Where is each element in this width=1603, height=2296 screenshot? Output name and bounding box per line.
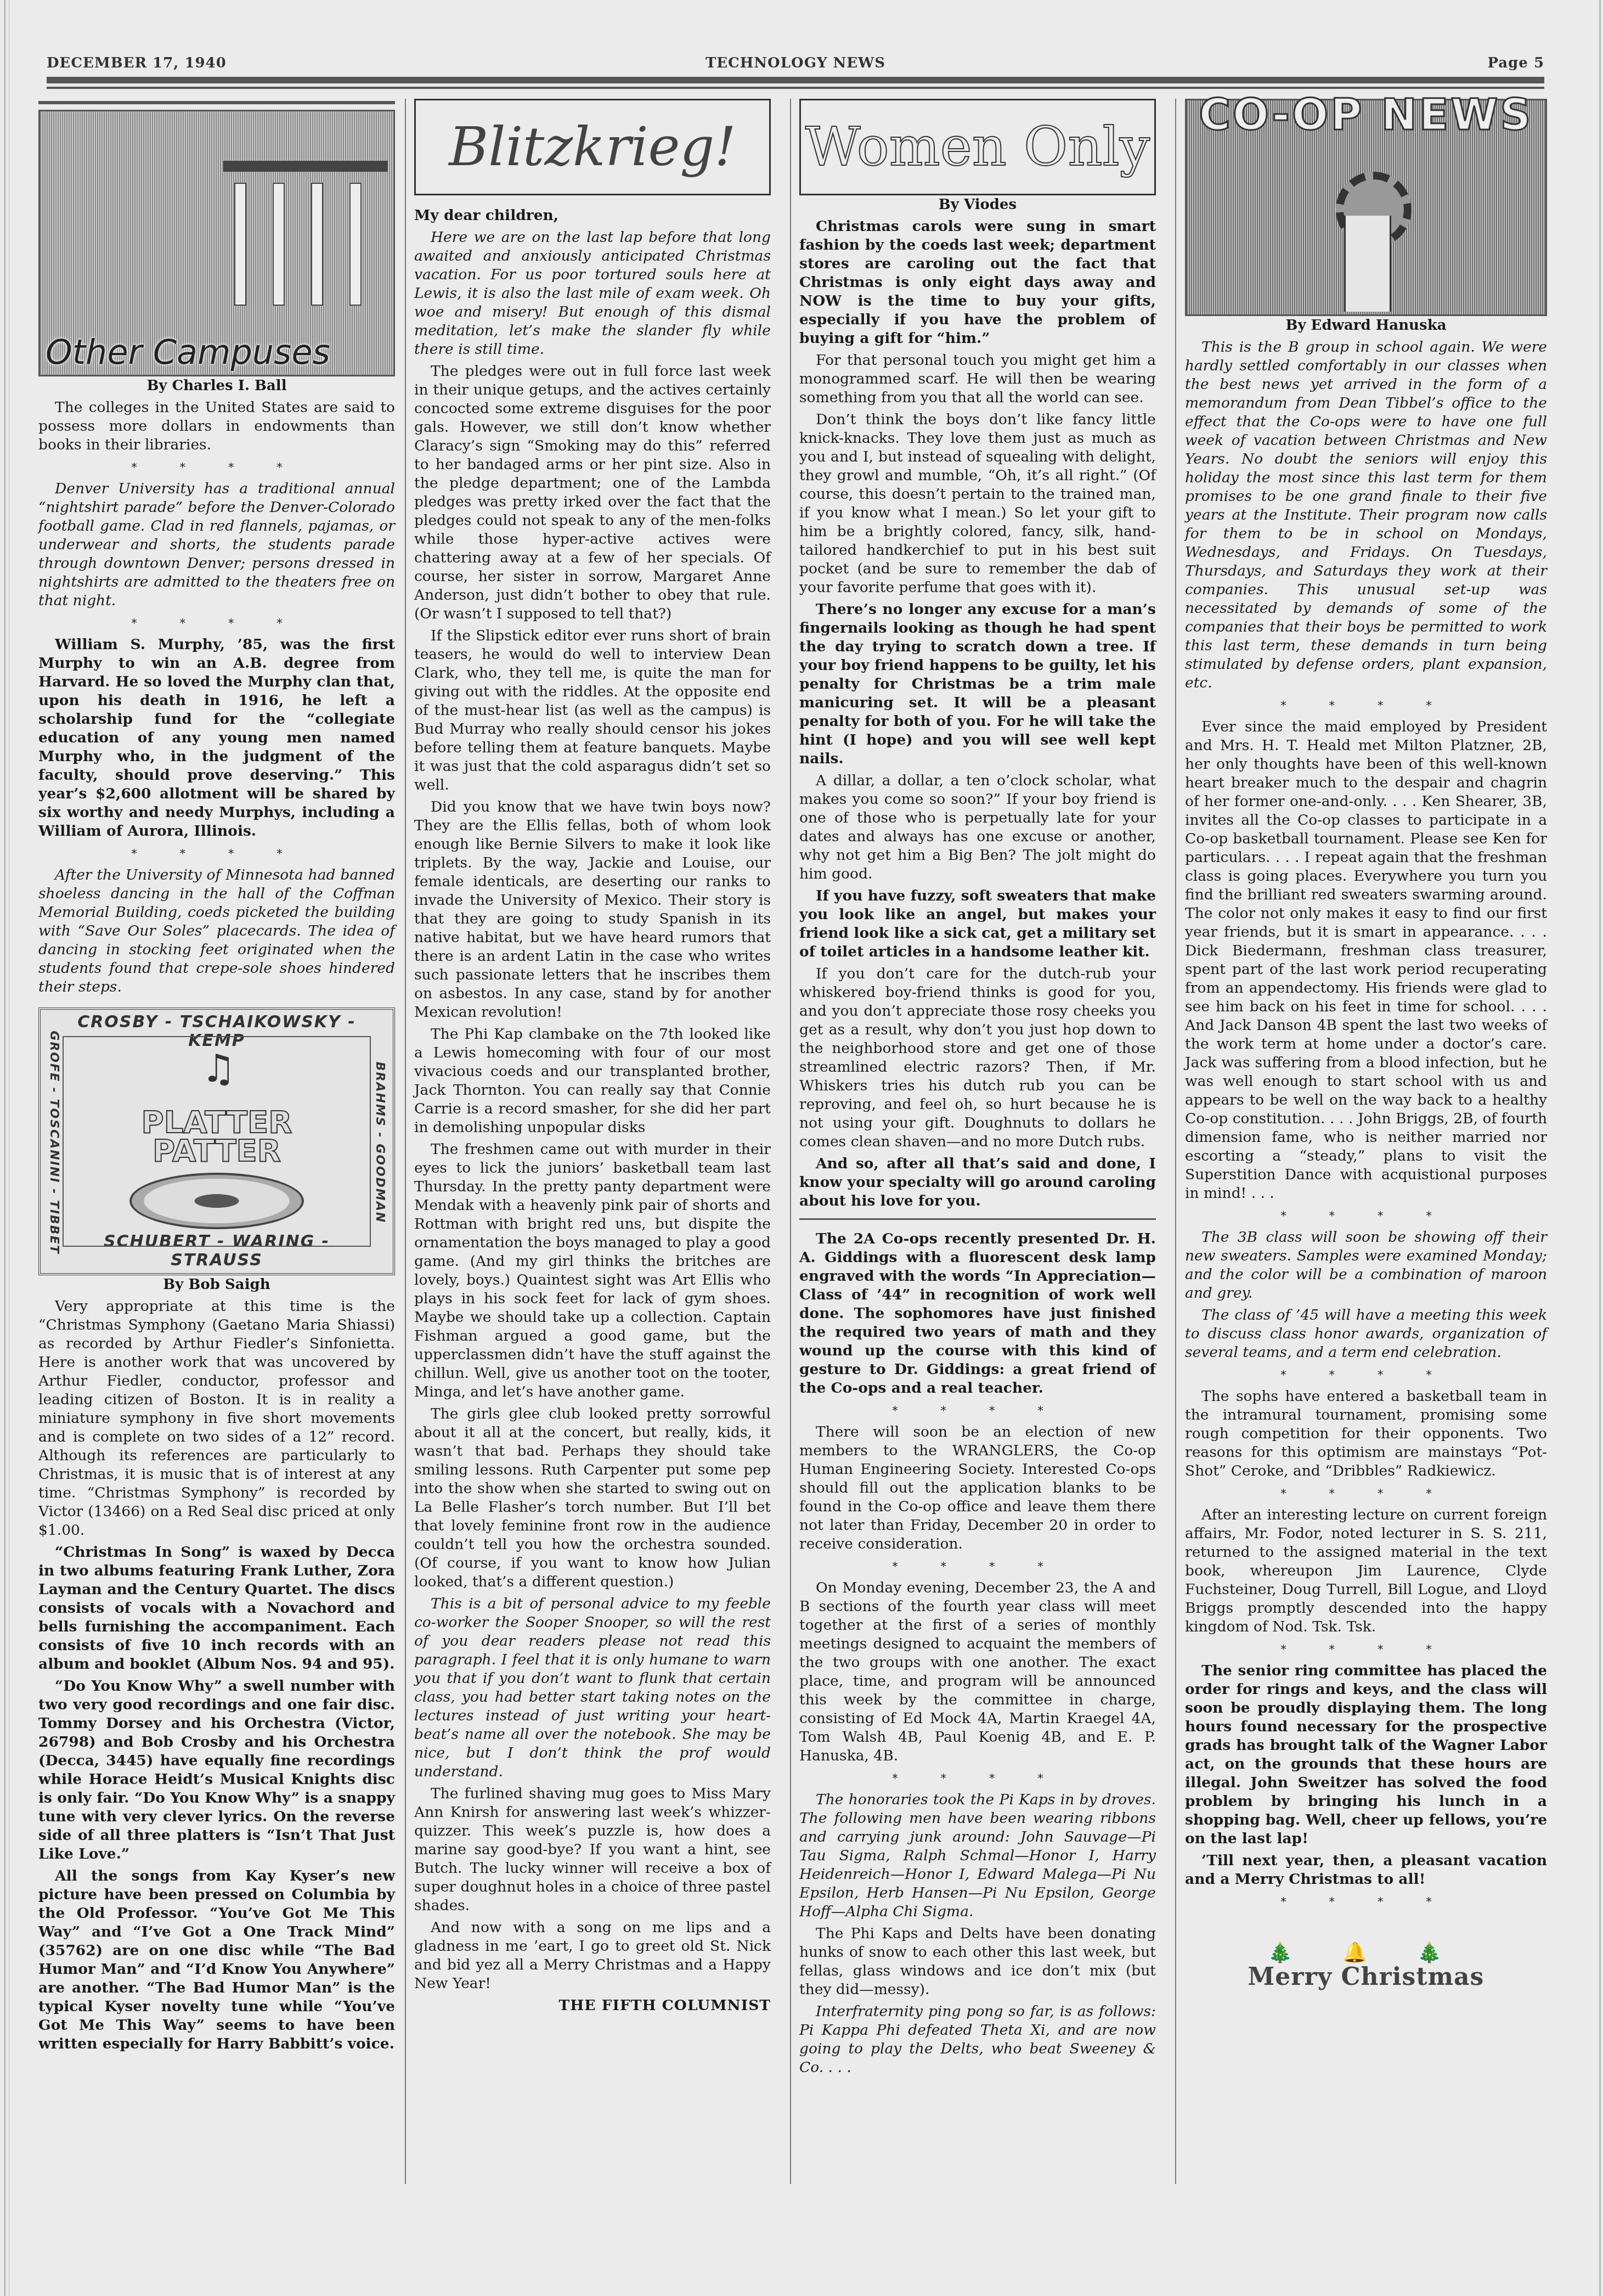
paragraph: After the University of Minnesota had ba… xyxy=(38,866,395,997)
column-divider xyxy=(790,99,791,2184)
campus-building-icon xyxy=(223,161,388,309)
paragraph: Christmas carols were sung in smart fash… xyxy=(799,217,1156,348)
paragraph: Denver University has a traditional annu… xyxy=(38,480,395,610)
paragraph: Interfraternity ping pong so far, is as … xyxy=(799,2002,1156,2077)
paragraph: The Phi Kaps and Delts have been donatin… xyxy=(799,1924,1156,1999)
paragraph: All the songs from Kay Kyser’s new pictu… xyxy=(38,1867,395,2053)
byline: By Edward Hanuska xyxy=(1185,316,1547,335)
section-separator: * * * * xyxy=(799,1769,1156,1787)
paragraph: On Monday evening, December 23, the A an… xyxy=(799,1579,1156,1765)
salutation: My dear children, xyxy=(414,206,771,225)
paragraph: If you don’t care for the dutch-rub your… xyxy=(799,965,1156,1151)
paragraph: A dillar, a dollar, a ten o’clock schola… xyxy=(799,772,1156,883)
byline: By Bob Saigh xyxy=(38,1275,395,1294)
paragraph: If the Slipstick editor ever runs short … xyxy=(414,627,771,795)
paper-name: TECHNOLOGY NEWS xyxy=(47,55,1544,71)
masthead-rule-thin xyxy=(47,87,1544,89)
paragraph: Don’t think the boys don’t like fancy li… xyxy=(799,410,1156,597)
paragraph: There’s no longer any excuse for a man’s… xyxy=(799,600,1156,768)
artists-right: BRAHMS - GOODMAN xyxy=(370,1022,389,1263)
music-note-icon: ♫ xyxy=(201,1059,236,1078)
paragraph: “Do You Know Why” a swell number with tw… xyxy=(38,1677,395,1864)
section-title: Blitzkrieg! xyxy=(449,138,736,156)
column-other-campuses: Other Campuses By Charles I. Ball The co… xyxy=(38,99,395,2057)
paragraph: And now with a song on me lips and a gla… xyxy=(414,1918,771,1993)
tree-trunk-graphic xyxy=(1344,216,1391,312)
paragraph: For that personal touch you might get hi… xyxy=(799,351,1156,407)
section-title: CO-OP NEWS xyxy=(1192,106,1540,125)
paragraph: The furlined shaving mug goes to Miss Ma… xyxy=(414,1785,771,1915)
column-divider xyxy=(1175,99,1176,2184)
co-op-news-illustration: CO-OP NEWS xyxy=(1185,99,1547,316)
section-title: Women Only xyxy=(805,138,1150,156)
column-divider xyxy=(405,99,406,2184)
signature: THE FIFTH COLUMNIST xyxy=(414,1996,771,2015)
section-separator: * * * * xyxy=(38,614,395,632)
section-separator: * * * * xyxy=(38,844,395,863)
paragraph: The 3B class will soon be showing off th… xyxy=(1185,1228,1547,1303)
section-separator: * * * * xyxy=(1185,1365,1547,1384)
paragraph: There will soon be an election of new me… xyxy=(799,1423,1156,1554)
blitzkrieg-title-box: Blitzkrieg! xyxy=(414,99,771,195)
platter-title-line2: PATTER xyxy=(64,1137,370,1166)
column-women-only: Women Only By Viodes Christmas carols we… xyxy=(799,99,1156,2080)
women-only-title-box: Women Only xyxy=(799,99,1156,195)
paragraph: William S. Murphy, ’85, was the first Mu… xyxy=(38,635,395,841)
paragraph: After an interesting lecture on current … xyxy=(1185,1506,1547,1636)
paragraph: “Christmas In Song” is waxed by Decca in… xyxy=(38,1543,395,1674)
section-separator: * * * * xyxy=(1185,1206,1547,1225)
paragraph: Did you know that we have twin boys now?… xyxy=(414,798,771,1022)
masthead-rule xyxy=(47,77,1544,83)
column-blitzkrieg: Blitzkrieg! My dear children, Here we ar… xyxy=(414,99,771,2018)
paragraph: The 2A Co-ops recently presented Dr. H. … xyxy=(799,1230,1156,1398)
paragraph: If you have fuzzy, soft sweaters that ma… xyxy=(799,887,1156,961)
platter-frame: ♫ PLATTER PATTER xyxy=(63,1036,371,1247)
paragraph: The colleges in the United States are sa… xyxy=(38,398,395,454)
christmas-tree-bell-icons: 🎄 🔔 🎄 xyxy=(1185,1944,1547,1962)
paragraph: This is a bit of personal advice to my f… xyxy=(414,1595,771,1781)
section-divider xyxy=(799,1218,1156,1220)
paragraph: The honoraries took the Pi Kaps in by dr… xyxy=(799,1791,1156,1921)
record-disc-icon xyxy=(129,1173,304,1229)
byline: By Charles I. Ball xyxy=(38,376,395,395)
column-co-op-news: CO-OP NEWS By Edward Hanuska This is the… xyxy=(1185,99,1547,1987)
section-separator: * * * * xyxy=(1185,1892,1547,1911)
paragraph: The girls glee club looked pretty sorrow… xyxy=(414,1405,771,1591)
artists-left: GROFE - TOSCANINI - TIBBET xyxy=(44,1022,63,1263)
paragraph: The freshmen came out with murder in the… xyxy=(414,1140,771,1402)
paragraph: The senior ring committee has placed the… xyxy=(1185,1662,1547,1848)
page-edge xyxy=(1599,0,1601,2296)
paragraph: ’Till next year, then, a pleasant vacati… xyxy=(1185,1852,1547,1889)
paragraph: Very appropriate at this time is the “Ch… xyxy=(38,1297,395,1540)
byline: By Viodes xyxy=(799,195,1156,214)
paragraph: The class of ’45 will have a meeting thi… xyxy=(1185,1306,1547,1362)
paragraph: This is the B group in school again. We … xyxy=(1185,338,1547,693)
paragraph: And so, after all that’s said and done, … xyxy=(799,1155,1156,1211)
paragraph: Here we are on the last lap before that … xyxy=(414,228,771,359)
page-number: Page 5 xyxy=(1487,55,1544,71)
other-campuses-illustration: Other Campuses xyxy=(38,110,395,376)
binding-edge xyxy=(4,0,9,2296)
section-separator: * * * * xyxy=(38,458,395,476)
section-separator: * * * * xyxy=(1185,1640,1547,1658)
section-title: Other Campuses xyxy=(46,335,330,369)
art-top-rule xyxy=(38,101,395,104)
newspaper-page: DECEMBER 17, 1940 TECHNOLOGY NEWS Page 5… xyxy=(0,0,1603,2296)
section-separator: * * * * xyxy=(799,1401,1156,1420)
paragraph: The Phi Kap clambake on the 7th looked l… xyxy=(414,1025,771,1137)
section-separator: * * * * xyxy=(1185,696,1547,714)
section-separator: * * * * xyxy=(1185,1484,1547,1502)
merry-christmas-banner: Merry Christmas xyxy=(1185,1968,1547,1987)
platter-patter-illustration: CROSBY - TSCHAIKOWSKY - KEMP SCHUBERT - … xyxy=(38,1008,395,1275)
paragraph: The pledges were out in full force last … xyxy=(414,362,771,623)
paragraph: The sophs have entered a basketball team… xyxy=(1185,1387,1547,1481)
paragraph: Ever since the maid employed by Presiden… xyxy=(1185,718,1547,1203)
section-separator: * * * * xyxy=(799,1557,1156,1575)
platter-title: PLATTER PATTER xyxy=(64,1108,370,1166)
